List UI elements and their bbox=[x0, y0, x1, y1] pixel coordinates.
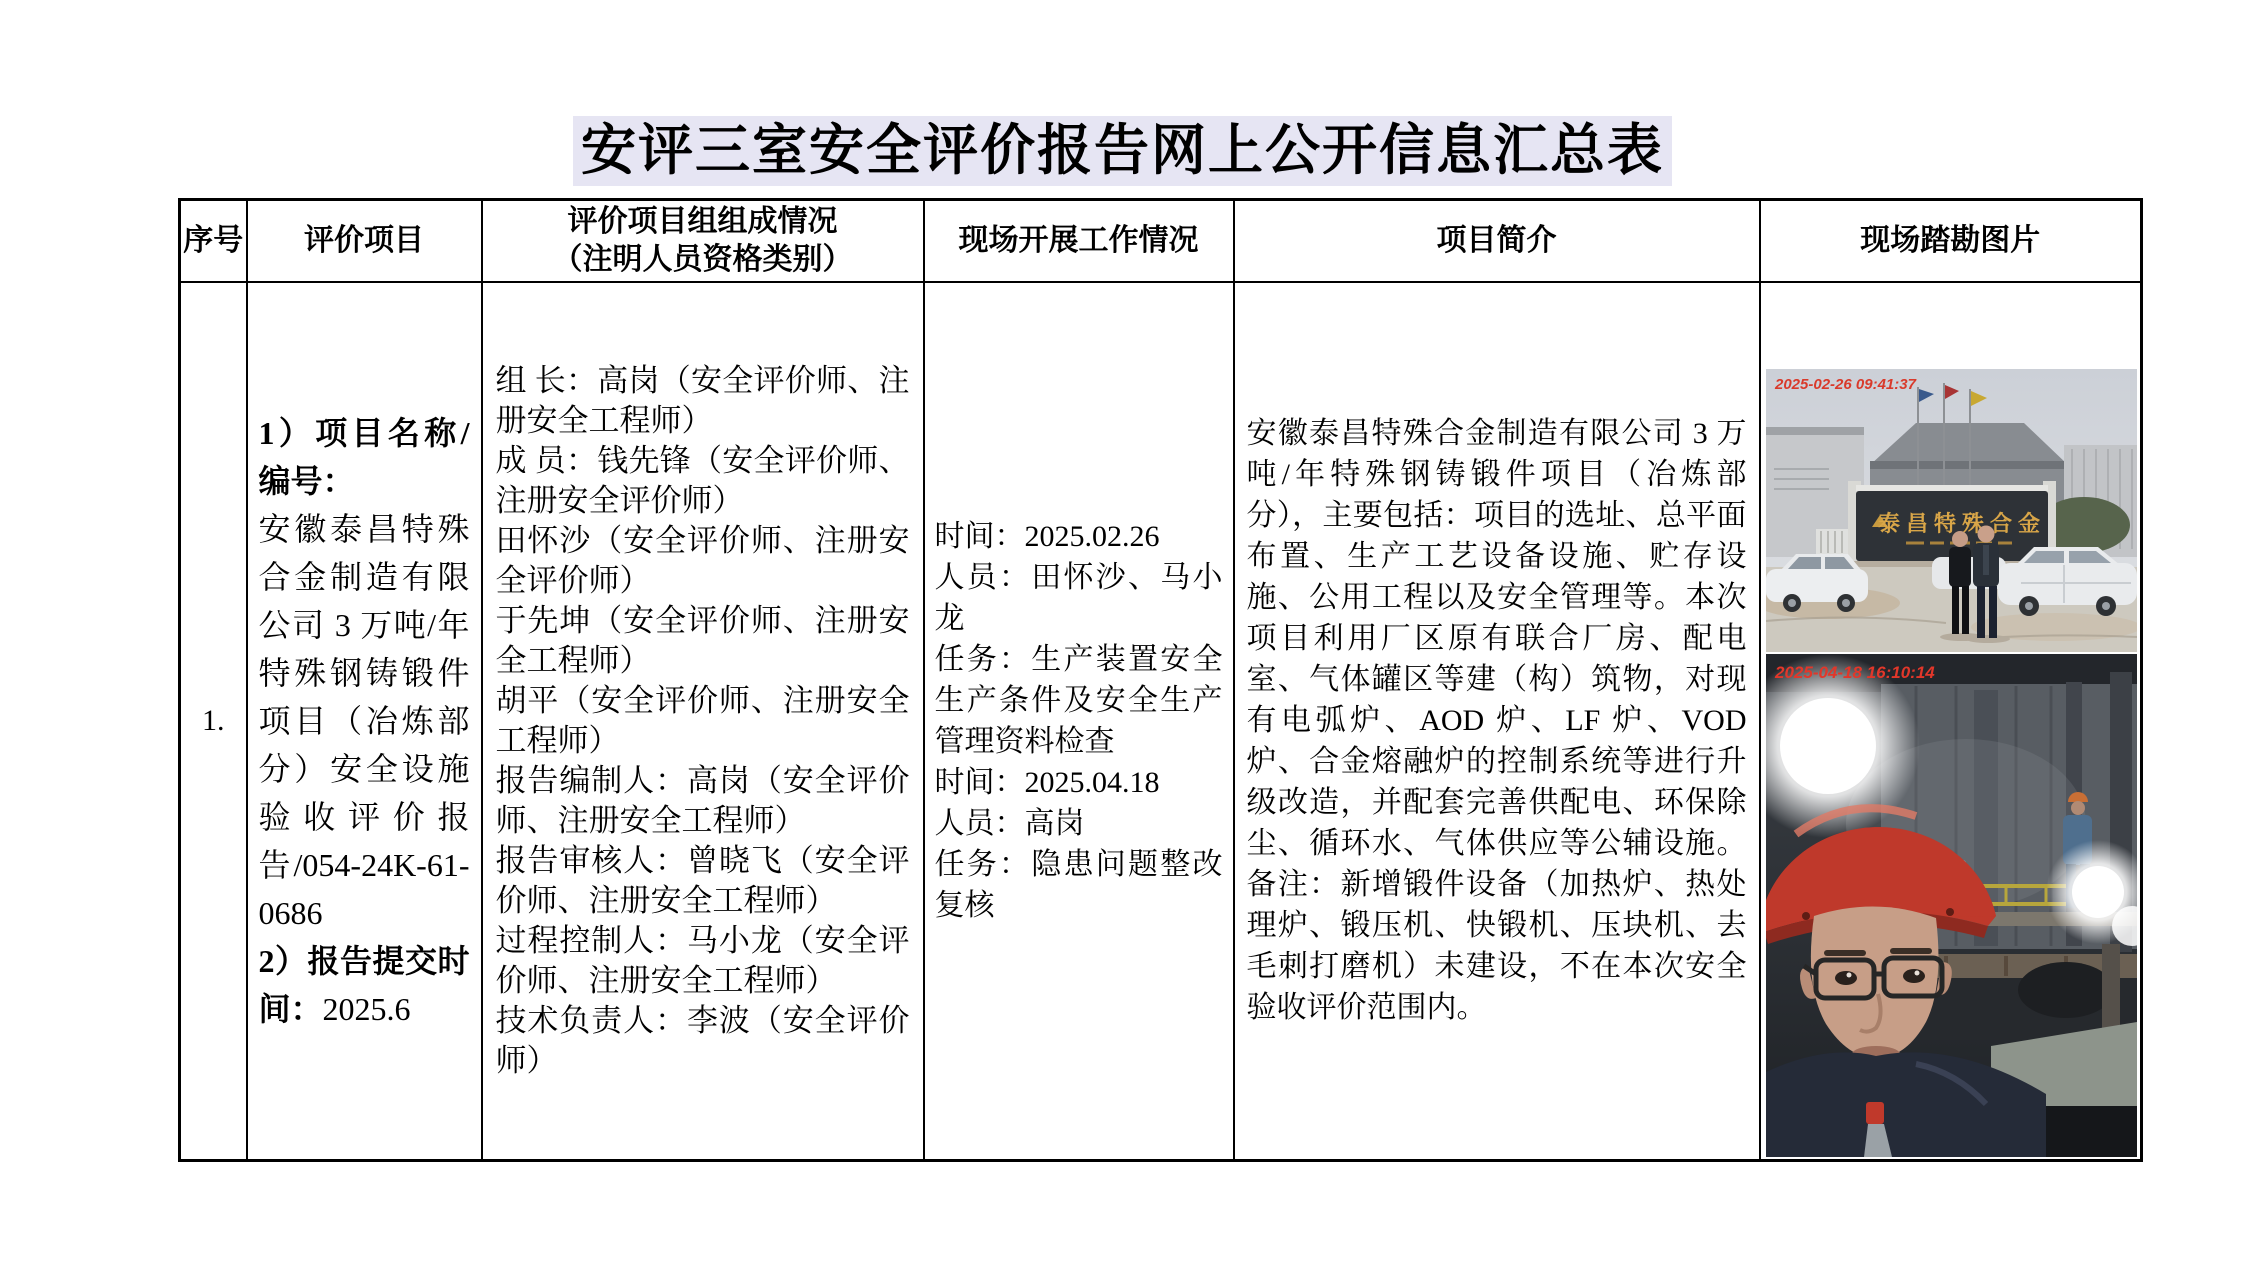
site-photo-night: 2025-04-18 16:10:14 bbox=[1766, 654, 2137, 1157]
eyebrow-right bbox=[1890, 948, 1932, 954]
header-row: 序号 评价项目 评价项目组组成情况 （注明人员资格类别） 现场开展工作情况 项目… bbox=[180, 200, 2142, 283]
row-number: 1. bbox=[202, 704, 225, 737]
cell-intro: 安徽泰昌特殊合金制造有限公司 3 万吨/年特殊钢铸锻件项目（冶炼部分），主要包括… bbox=[1234, 282, 1760, 1160]
eye-right bbox=[1903, 969, 1925, 983]
project-name: 安徽泰昌特殊合金制造有限公司 3 万吨/年特殊钢铸锻件项目（冶炼部分）安全设施验… bbox=[259, 505, 470, 937]
summary-table: 序号 评价项目 评价项目组组成情况 （注明人员资格类别） 现场开展工作情况 项目… bbox=[178, 198, 2143, 1162]
cell-index: 1. bbox=[180, 282, 247, 1160]
fieldwork-line: 人员：高岗 bbox=[935, 803, 1223, 844]
document-page: 安评三室安全评价报告网上公开信息汇总表 序号 评价项目 评价项目组组成情况 （注… bbox=[0, 0, 2245, 1275]
eye-left bbox=[1835, 971, 1857, 985]
team-line: 报告审核人：曾晓飞（安全评价师、注册安全工程师） bbox=[496, 841, 910, 921]
photo-stack: 泰昌特殊合金 bbox=[1766, 369, 2136, 1157]
header-intro: 项目简介 bbox=[1234, 200, 1760, 283]
collar-clip bbox=[1866, 1102, 1884, 1124]
project-submit-time: 2）报告提交时间：2025.6 bbox=[259, 937, 470, 1033]
cell-photos: 泰昌特殊合金 bbox=[1760, 282, 2142, 1160]
cell-fieldwork: 时间：2025.02.26 人员：田怀沙、马小龙 任务：生产装置安全生产条件及安… bbox=[924, 282, 1234, 1160]
cell-team: 组 长：高岗（安全评价师、注册安全工程师） 成 员：钱先锋（安全评价师、注册安全… bbox=[482, 282, 924, 1160]
title-row: 安评三室安全评价报告网上公开信息汇总表 bbox=[0, 116, 2245, 186]
site-photo-day: 泰昌特殊合金 bbox=[1766, 369, 2137, 652]
fieldwork-line: 时间：2025.04.18 bbox=[935, 762, 1223, 803]
page-title: 安评三室安全评价报告网上公开信息汇总表 bbox=[573, 116, 1672, 186]
team-line: 胡平（安全评价师、注册安全工程师） bbox=[496, 681, 910, 761]
eyebrow-left bbox=[1824, 950, 1866, 956]
photo-timestamp: 2025-02-26 09:41:37 bbox=[1774, 376, 1917, 393]
header-project: 评价项目 bbox=[247, 200, 482, 283]
photo-timestamp: 2025-04-18 16:10:14 bbox=[1774, 663, 1935, 682]
fieldwork-line: 任务：生产装置安全生产条件及安全生产管理资料检查 bbox=[935, 639, 1223, 762]
team-line: 田怀沙（安全评价师、注册安全评价师） bbox=[496, 521, 910, 601]
project-intro-text: 安徽泰昌特殊合金制造有限公司 3 万吨/年特殊钢铸锻件项目（冶炼部分），主要包括… bbox=[1247, 413, 1747, 1028]
project-label-1: 1）项目名称/编号： bbox=[259, 409, 470, 505]
team-line: 报告编制人：高岗（安全评价师、注册安全工程师） bbox=[496, 761, 910, 841]
table-row: 1. 1）项目名称/编号： 安徽泰昌特殊合金制造有限公司 3 万吨/年特殊钢铸锻… bbox=[180, 282, 2142, 1160]
team-line: 过程控制人：马小龙（安全评价师、注册安全工程师） bbox=[496, 921, 910, 1001]
team-line: 于先坤（安全评价师、注册安全工程师） bbox=[496, 601, 910, 681]
light-glare-right-core bbox=[2072, 866, 2124, 918]
team-line: 成 员：钱先锋（安全评价师、注册安全评价师） bbox=[496, 441, 910, 521]
header-team: 评价项目组组成情况 （注明人员资格类别） bbox=[482, 200, 924, 283]
header-photos: 现场踏勘图片 bbox=[1760, 200, 2142, 283]
fieldwork-line: 人员：田怀沙、马小龙 bbox=[935, 557, 1223, 639]
fieldwork-line: 时间：2025.02.26 bbox=[935, 516, 1223, 557]
light-glare-topleft-core bbox=[1780, 698, 1876, 794]
team-line: 组 长：高岗（安全评价师、注册安全工程师） bbox=[496, 361, 910, 441]
header-index: 序号 bbox=[180, 200, 247, 283]
fieldwork-line: 任务：隐患问题整改复核 bbox=[935, 844, 1223, 926]
cell-project: 1）项目名称/编号： 安徽泰昌特殊合金制造有限公司 3 万吨/年特殊钢铸锻件项目… bbox=[247, 282, 482, 1160]
team-line: 技术负责人：李波（安全评价师） bbox=[496, 1001, 910, 1081]
header-fieldwork: 现场开展工作情况 bbox=[924, 200, 1234, 283]
